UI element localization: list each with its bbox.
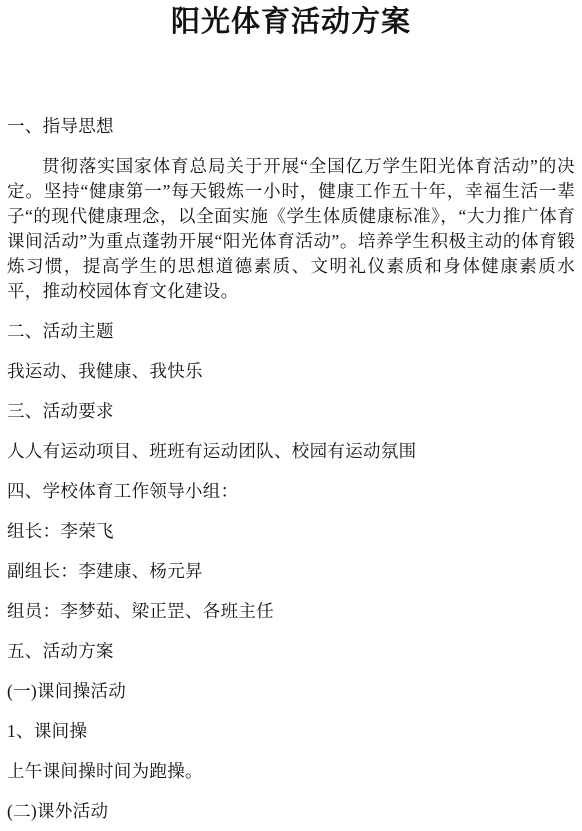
- document-title: 阳光体育活动方案: [7, 2, 575, 42]
- section-heading-activity-plan: 五、活动方案: [7, 639, 575, 664]
- body-line-theme-slogan: 我运动、我健康、我快乐: [7, 359, 575, 384]
- body-line-morning-run: 上午课间操时间为跑操。: [7, 759, 575, 784]
- section-heading-activity-theme: 二、活动主题: [7, 319, 575, 344]
- body-paragraph-guiding-ideology: 贯彻落实国家体育总局关于开展“全国亿万学生阳光体育活动”的决定。坚持“健康第一”…: [7, 154, 575, 304]
- section-heading-guiding-ideology: 一、指导思想: [7, 114, 575, 139]
- section-heading-activity-requirements: 三、活动要求: [7, 399, 575, 424]
- body-line-deputy-leaders: 副组长：李建康、杨元昇: [7, 559, 575, 584]
- sub-heading-extracurricular-activity: (二)课外活动: [7, 799, 575, 824]
- body-line-requirements: 人人有运动项目、班班有运动团队、校园有运动氛围: [7, 439, 575, 464]
- sub-heading-break-exercise-activity: (一)课间操活动: [7, 679, 575, 704]
- document-title-text: 阳光体育活动方案: [171, 6, 411, 38]
- body-line-group-members: 组员：李梦茹、梁正罡、各班主任: [7, 599, 575, 624]
- document-page: 阳光体育活动方案 一、指导思想 贯彻落实国家体育总局关于开展“全国亿万学生阳光体…: [0, 0, 582, 831]
- body-line-group-leader: 组长：李荣飞: [7, 519, 575, 544]
- sub-heading-break-exercise: 1、课间操: [7, 719, 575, 744]
- section-heading-leadership-group: 四、学校体育工作领导小组：: [7, 479, 575, 504]
